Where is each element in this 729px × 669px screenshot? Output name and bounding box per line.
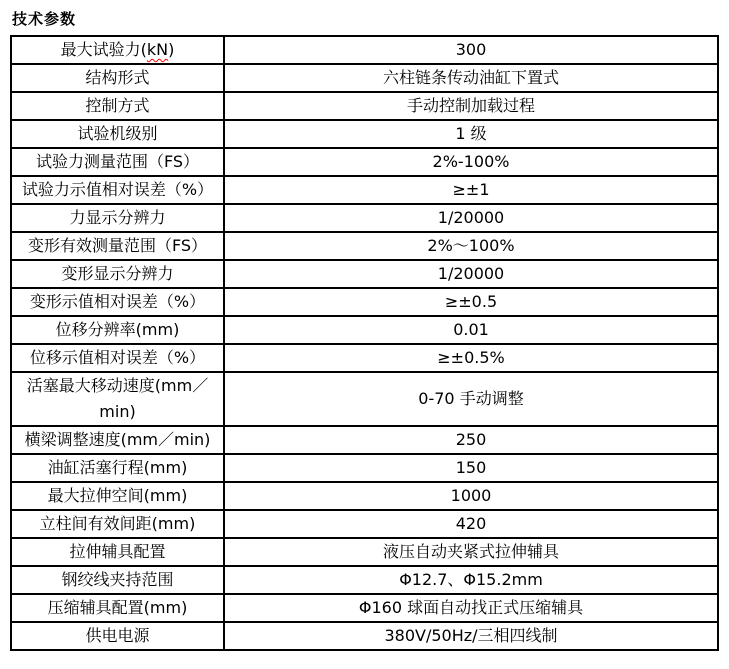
document-page: 技术参数 最大试验力(kN)300结构形式六柱链条传动油缸下置式控制方式手动控制… [0,0,729,669]
table-row: 控制方式手动控制加载过程 [11,92,718,120]
table-row: 试验机级别1 级 [11,120,718,148]
param-value-cell: 1/20000 [224,260,718,288]
param-label-cell: 结构形式 [11,64,224,92]
param-label-cell: 供电电源 [11,622,224,650]
param-value-cell: 2%-100% [224,148,718,176]
param-value-cell: 250 [224,426,718,454]
table-row: 油缸活塞行程(mm)150 [11,454,718,482]
table-row: 活塞最大移动速度(mm／min)0-70 手动调整 [11,372,718,426]
param-value-cell: ≥±0.5% [224,344,718,372]
param-label-cell: 试验机级别 [11,120,224,148]
specs-table: 最大试验力(kN)300结构形式六柱链条传动油缸下置式控制方式手动控制加载过程试… [10,35,719,651]
table-row: 试验力示值相对误差（%）≥±1 [11,176,718,204]
table-row: 压缩辅具配置(mm)Φ160 球面自动找正式压缩辅具 [11,594,718,622]
param-value-cell: 1000 [224,482,718,510]
table-row: 最大拉伸空间(mm)1000 [11,482,718,510]
param-value-cell: 300 [224,36,718,64]
spellcheck-underline: kN [147,40,168,59]
param-label-cell: 立柱间有效间距(mm) [11,510,224,538]
table-row: 立柱间有效间距(mm)420 [11,510,718,538]
param-value-cell: 手动控制加载过程 [224,92,718,120]
param-label-cell: 变形有效测量范围（FS） [11,232,224,260]
table-row: 拉伸辅具配置液压自动夹紧式拉伸辅具 [11,538,718,566]
table-row: 位移示值相对误差（%）≥±0.5% [11,344,718,372]
param-label-cell: 活塞最大移动速度(mm／min) [11,372,224,426]
param-value-cell: 0-70 手动调整 [224,372,718,426]
param-label-cell: 压缩辅具配置(mm) [11,594,224,622]
table-row: 钢绞线夹持范围Φ12.7、Φ15.2mm [11,566,718,594]
param-label-cell: 最大试验力(kN) [11,36,224,64]
param-label-cell: 位移分辨率(mm) [11,316,224,344]
table-row: 变形有效测量范围（FS）2%～100% [11,232,718,260]
param-value-cell: 420 [224,510,718,538]
param-label-cell: 变形示值相对误差（%） [11,288,224,316]
param-label-cell: 控制方式 [11,92,224,120]
table-row: 力显示分辨力1/20000 [11,204,718,232]
table-row: 变形示值相对误差（%）≥±0.5 [11,288,718,316]
page-title: 技术参数 [12,8,729,29]
param-label-cell: 变形显示分辨力 [11,260,224,288]
param-value-cell: 0.01 [224,316,718,344]
param-value-cell: 液压自动夹紧式拉伸辅具 [224,538,718,566]
table-row: 变形显示分辨力1/20000 [11,260,718,288]
param-value-cell: ≥±0.5 [224,288,718,316]
param-label-cell: 试验力示值相对误差（%） [11,176,224,204]
param-value-cell: 150 [224,454,718,482]
param-value-cell: 2%～100% [224,232,718,260]
table-row: 结构形式六柱链条传动油缸下置式 [11,64,718,92]
param-label-cell: 力显示分辨力 [11,204,224,232]
param-value-cell: Φ12.7、Φ15.2mm [224,566,718,594]
param-value-cell: 380V/50Hz/三相四线制 [224,622,718,650]
param-value-cell: Φ160 球面自动找正式压缩辅具 [224,594,718,622]
param-value-cell: ≥±1 [224,176,718,204]
table-row: 供电电源380V/50Hz/三相四线制 [11,622,718,650]
table-row: 试验力测量范围（FS）2%-100% [11,148,718,176]
param-label-cell: 最大拉伸空间(mm) [11,482,224,510]
param-label-cell: 试验力测量范围（FS） [11,148,224,176]
param-value-cell: 六柱链条传动油缸下置式 [224,64,718,92]
param-label-cell: 油缸活塞行程(mm) [11,454,224,482]
param-label-cell: 位移示值相对误差（%） [11,344,224,372]
param-label-cell: 横梁调整速度(mm／min) [11,426,224,454]
param-label-cell: 拉伸辅具配置 [11,538,224,566]
param-value-cell: 1 级 [224,120,718,148]
table-row: 横梁调整速度(mm／min)250 [11,426,718,454]
param-label-cell: 钢绞线夹持范围 [11,566,224,594]
table-row: 位移分辨率(mm)0.01 [11,316,718,344]
table-row: 最大试验力(kN)300 [11,36,718,64]
param-value-cell: 1/20000 [224,204,718,232]
